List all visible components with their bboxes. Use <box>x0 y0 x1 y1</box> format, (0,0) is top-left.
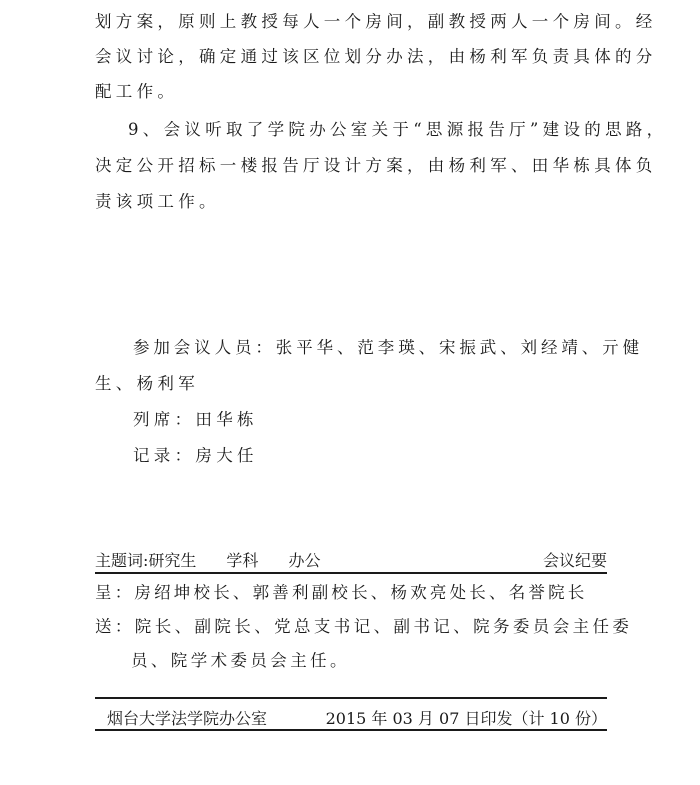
participants: 参加会议人员：张平华、范李瑛、宋振武、刘经靖、亓健 <box>133 338 648 358</box>
issuer: 烟台大学法学院办公室 <box>107 709 267 728</box>
submit-to: 呈：房绍坤校长、郭善利副校长、杨欢亮处长、名誉院长 <box>95 583 610 603</box>
divider <box>95 697 607 699</box>
doc-type: 会议纪要 <box>543 551 607 571</box>
recorder: 记录：房大任 <box>133 446 648 466</box>
participants-cont: 生、杨利军 <box>95 374 610 394</box>
send-to: 送：院长、副院长、党总支书记、副书记、院务委员会主任委 <box>95 617 610 637</box>
issue-info: 2015 年 03 月 07 日印发（计 10 份） <box>326 709 607 729</box>
send-to-cont: 员、院学术委员会主任。 <box>131 651 646 671</box>
keyword: 学科 <box>226 551 258 570</box>
divider <box>95 729 607 731</box>
keyword: 研究生 <box>148 551 196 570</box>
paragraph-line: 划方案，原则上教授每人一个房间，副教授两人一个房间。经 <box>95 12 610 32</box>
keywords-label: 主题词: <box>95 551 148 570</box>
paragraph-line: 会议讨论，确定通过该区位划分办法，由杨利军负责具体的分 <box>95 47 610 67</box>
paragraph-line: 9、会议听取了学院办公室关于“思源报告厅”建设的思路， <box>128 120 643 140</box>
keywords-row: 主题词:研究生学科办公 会议纪要 <box>95 551 607 571</box>
divider <box>95 572 607 574</box>
observers: 列席：田华栋 <box>133 410 648 430</box>
paragraph-line: 决定公开招标一楼报告厅设计方案，由杨利军、田华栋具体负 <box>95 156 610 176</box>
paragraph-line: 责该项工作。 <box>95 192 610 212</box>
keyword: 办公 <box>288 551 320 570</box>
paragraph-line: 配工作。 <box>95 82 610 102</box>
issue-row: 烟台大学法学院办公室 2015 年 03 月 07 日印发（计 10 份） <box>95 709 607 729</box>
